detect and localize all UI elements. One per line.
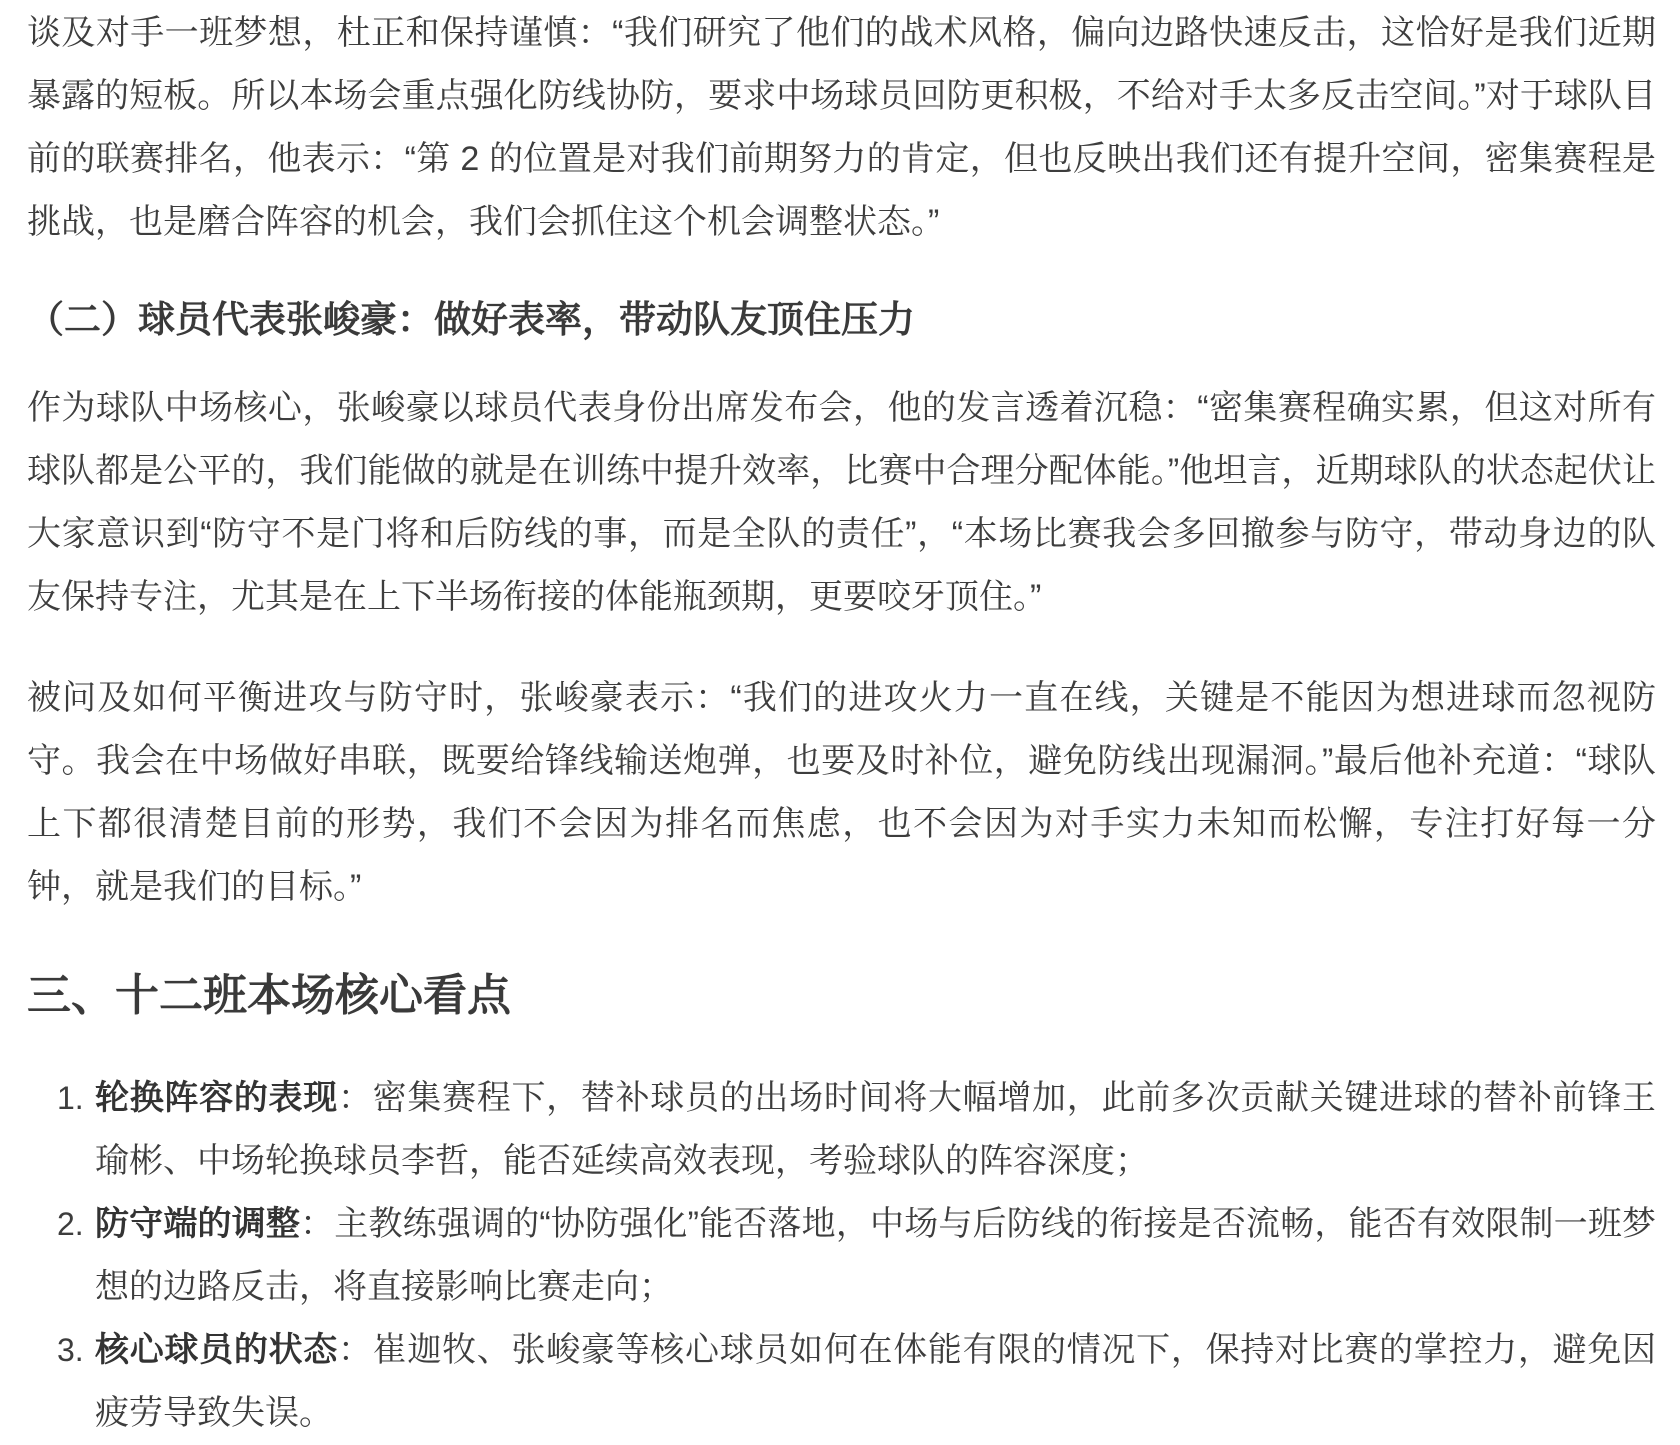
list-item-title: 防守端的调整 (95, 1205, 300, 1243)
list-item-colon: ： (338, 1331, 373, 1369)
list-item-colon: ： (338, 1079, 373, 1117)
sub-heading-player-representative: （二）球员代表张峻豪：做好表率，带动队友顶住压力 (27, 292, 1656, 347)
list-item-text: 防守端的调整：主教练强调的“协防强化”能否落地，中场与后防线的衔接是否流畅，能否… (95, 1193, 1656, 1319)
paragraph-coach-quotes: 谈及对手一班梦想，杜正和保持谨慎：“我们研究了他们的战术风格，偏向边路快速反击，… (27, 2, 1656, 254)
paragraph-attack-defense-balance: 被问及如何平衡进攻与防守时，张峻豪表示：“我们的进攻火力一直在线，关键是不能因为… (27, 667, 1656, 919)
list-item-title: 核心球员的状态 (95, 1331, 338, 1369)
list-item-title: 轮换阵容的表现 (95, 1079, 338, 1117)
list-item-colon: ： (300, 1205, 334, 1243)
paragraph-player-statement: 作为球队中场核心，张峻豪以球员代表身份出席发布会，他的发言透着沉稳：“密集赛程确… (27, 377, 1656, 629)
list-item-number: 2. (57, 1193, 95, 1256)
list-item-text: 核心球员的状态：崔迦牧、张峻豪等核心球员如何在体能有限的情况下，保持对比赛的掌控… (95, 1319, 1656, 1445)
list-item-text: 轮换阵容的表现：密集赛程下，替补球员的出场时间将大幅增加，此前多次贡献关键进球的… (95, 1067, 1656, 1193)
list-item-number: 1. (57, 1067, 95, 1130)
list-item-number: 3. (57, 1319, 95, 1382)
key-points-list: 1. 轮换阵容的表现：密集赛程下，替补球员的出场时间将大幅增加，此前多次贡献关键… (27, 1067, 1656, 1445)
key-point-item-rotation: 1. 轮换阵容的表现：密集赛程下，替补球员的出场时间将大幅增加，此前多次贡献关键… (57, 1067, 1656, 1193)
key-point-item-defense: 2. 防守端的调整：主教练强调的“协防强化”能否落地，中场与后防线的衔接是否流畅… (57, 1193, 1656, 1319)
heading-key-points: 三、十二班本场核心看点 (27, 965, 1656, 1027)
key-point-item-core-players: 3. 核心球员的状态：崔迦牧、张峻豪等核心球员如何在体能有限的情况下，保持对比赛… (57, 1319, 1656, 1445)
article-page: 谈及对手一班梦想，杜正和保持谨慎：“我们研究了他们的战术风格，偏向边路快速反击，… (0, 0, 1680, 1445)
